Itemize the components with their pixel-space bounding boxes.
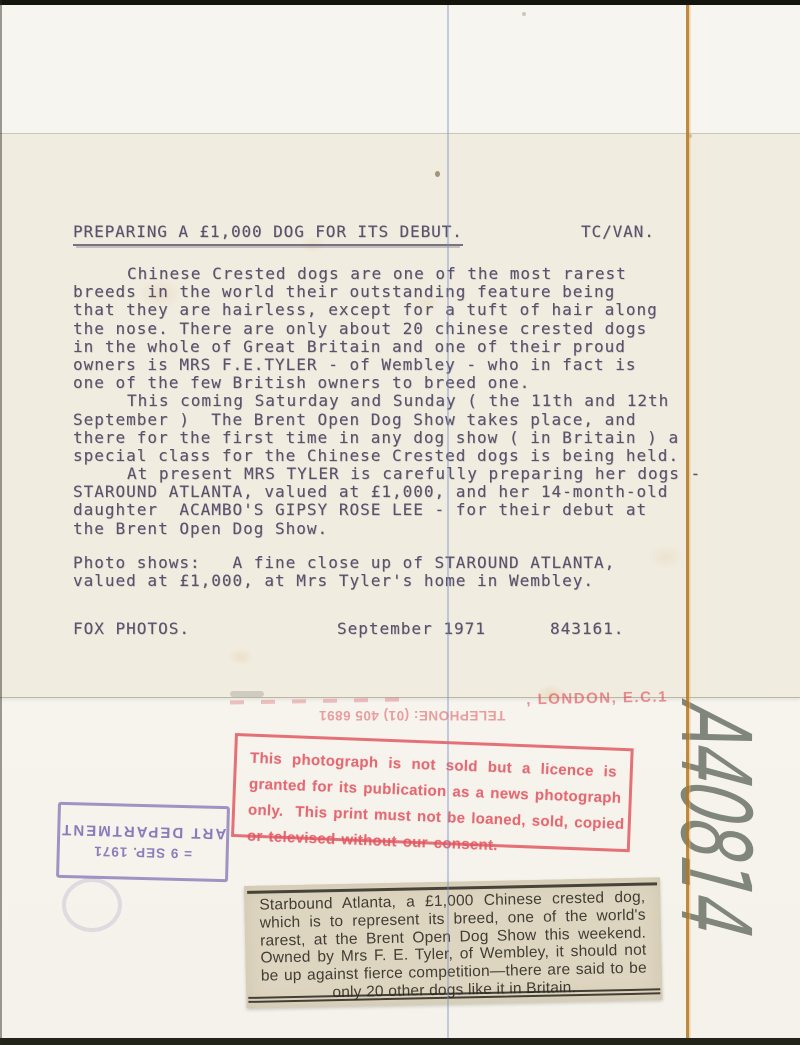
heading-row: PREPARING A £1,000 DOG FOR ITS DEBUT. TC… xyxy=(73,222,673,248)
typed-line: This coming Saturday and Sunday ( the 11… xyxy=(73,392,713,410)
typed-line: special class for the Chinese Crested do… xyxy=(73,447,713,465)
scan-edge-bottom xyxy=(0,1038,800,1045)
typed-body: Chinese Crested dogs are one of the most… xyxy=(73,265,713,538)
agency-credit: FOX PHOTOS. xyxy=(73,619,190,638)
typed-line: daughter ACAMBO'S GIPSY ROSE LEE - for t… xyxy=(73,501,713,519)
typed-line: valued at £1,000, at Mrs Tyler's home in… xyxy=(73,572,713,590)
bleedthrough-telephone: TELEPHONE: (01) 405 6891 xyxy=(300,708,524,723)
paper-speck xyxy=(688,134,692,138)
crease-line-orange xyxy=(686,0,689,1045)
date-stamp-department: ART DEPARTMENT xyxy=(60,821,226,842)
typed-line: Photo shows: A fine close up of STAROUND… xyxy=(73,554,713,572)
typed-line: owners is MRS F.E.TYLER - of Wembley - w… xyxy=(73,356,713,374)
art-department-date-stamp: = 9 SEP. 1971 ART DEPARTMENT xyxy=(56,802,230,882)
typed-line: Chinese Crested dogs are one of the most… xyxy=(73,265,713,283)
clipping-text: Starbound Atlanta, a £1,000 Chinese cres… xyxy=(259,889,647,1004)
scan-edge-top xyxy=(0,0,800,5)
scan-edge-left xyxy=(0,0,2,1045)
typed-line: STAROUND ATLANTA, valued at £1,000, and … xyxy=(73,483,713,501)
date-stamp-date: = 9 SEP. 1971 xyxy=(60,843,226,862)
stamp-smudge xyxy=(62,878,122,932)
typed-line: one of the few British owners to breed o… xyxy=(73,374,713,392)
paper-speck xyxy=(522,12,526,16)
licence-stamp: This photograph is not sold but a licenc… xyxy=(231,733,634,852)
negative-number: 843161. xyxy=(550,619,624,638)
crease-line-blue xyxy=(447,0,449,1045)
credit-row: FOX PHOTOS. September 1971 843161. xyxy=(73,619,733,639)
typed-line: the Brent Open Dog Show. xyxy=(73,520,713,538)
typed-line: that they are hairless, except for a tuf… xyxy=(73,301,713,319)
typed-line: there for the first time in any dog show… xyxy=(73,429,713,447)
newspaper-clipping: Starbound Atlanta, a £1,000 Chinese cres… xyxy=(244,877,662,1008)
typed-line: breeds in the world their outstanding fe… xyxy=(73,283,713,301)
typed-line: the nose. There are only about 20 chines… xyxy=(73,320,713,338)
photo-back-scan: PREPARING A £1,000 DOG FOR ITS DEBUT. TC… xyxy=(0,0,800,1045)
typed-line: At present MRS TYLER is carefully prepar… xyxy=(73,465,713,483)
paper-speck xyxy=(435,171,440,177)
handwritten-reference: A40814 xyxy=(659,698,772,942)
typed-line: September ) The Brent Open Dog Show take… xyxy=(73,411,713,429)
typed-line: in the whole of Great Britain and one of… xyxy=(73,338,713,356)
caption-heading: PREPARING A £1,000 DOG FOR ITS DEBUT. xyxy=(73,222,463,246)
photo-shows-block: Photo shows: A fine close up of STAROUND… xyxy=(73,554,713,590)
caption-date: September 1971 xyxy=(337,619,486,638)
reference-code: TC/VAN. xyxy=(581,222,655,241)
